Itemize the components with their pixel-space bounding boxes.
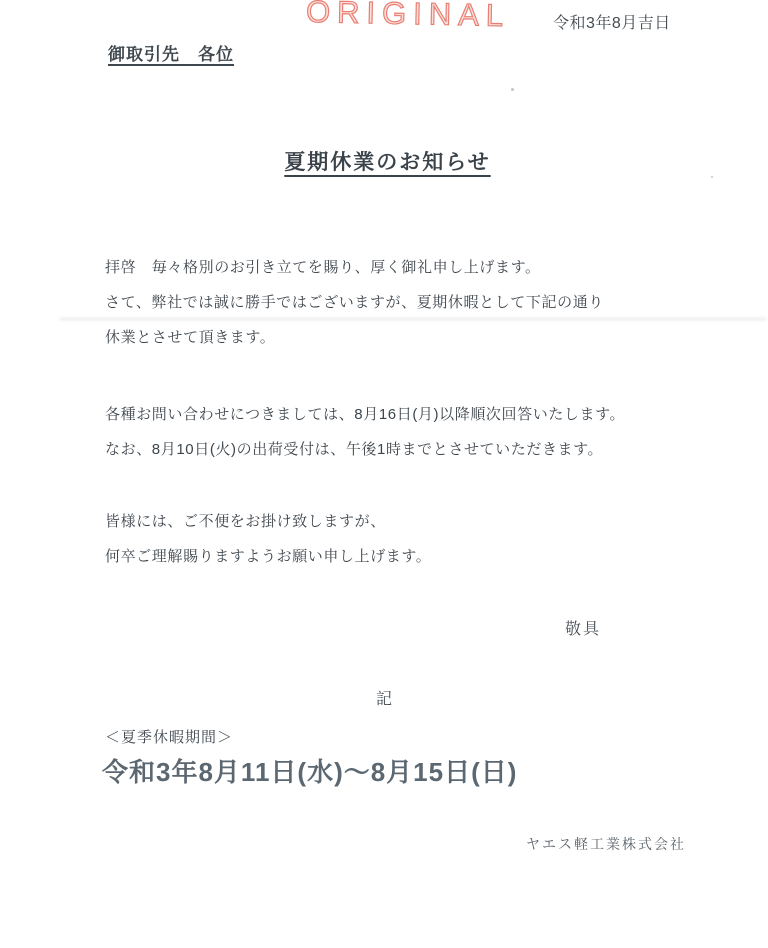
scan-speck-artifact (511, 88, 514, 91)
scan-smudge-artifact (60, 317, 766, 321)
holiday-period-dates: 令和3年8月11日(水)～8月15日(日) (102, 752, 517, 789)
body-line-greeting: 拝啓 毎々格別のお引き立てを賜り、厚く御礼申し上げます。 (105, 256, 541, 277)
body-line-announcement-1: さて、弊社では誠に勝手ではございますが、夏期休暇として下記の通り (105, 291, 604, 312)
body-line-shipping: なお、8月10日(火)の出荷受付は、午後1時までとさせていただきます。 (105, 438, 603, 459)
body-line-inquiries: 各種お問い合わせにつきましては、8月16日(月)以降順次回答いたします。 (105, 403, 625, 424)
scan-speck-artifact (711, 176, 713, 178)
document-title: 夏期休業のお知らせ (0, 146, 768, 176)
scanned-letter-page: ORIGINAL 令和3年8月吉日 御取引先 各位 夏期休業のお知らせ 拝啓 毎… (0, 0, 768, 948)
addressee-line: 御取引先 各位 (108, 40, 234, 65)
body-line-apology-2: 何卒ご理解賜りますようお願い申し上げます。 (105, 545, 431, 566)
closing-keigu: 敬具 (565, 616, 601, 639)
original-stamp: ORIGINAL (306, 0, 511, 34)
document-title-text: 夏期休業のお知らせ (284, 151, 490, 174)
document-date: 令和3年8月吉日 (553, 10, 671, 33)
body-line-announcement-2: 休業とさせて頂きます。 (105, 326, 275, 347)
body-line-apology-1: 皆様には、ご不便をお掛け致しますが、 (105, 510, 386, 531)
notation-ki: 記 (0, 686, 768, 709)
holiday-period-label: ＜夏季休暇期間＞ (105, 726, 233, 747)
company-name: ヤエス軽工業株式会社 (526, 834, 686, 854)
